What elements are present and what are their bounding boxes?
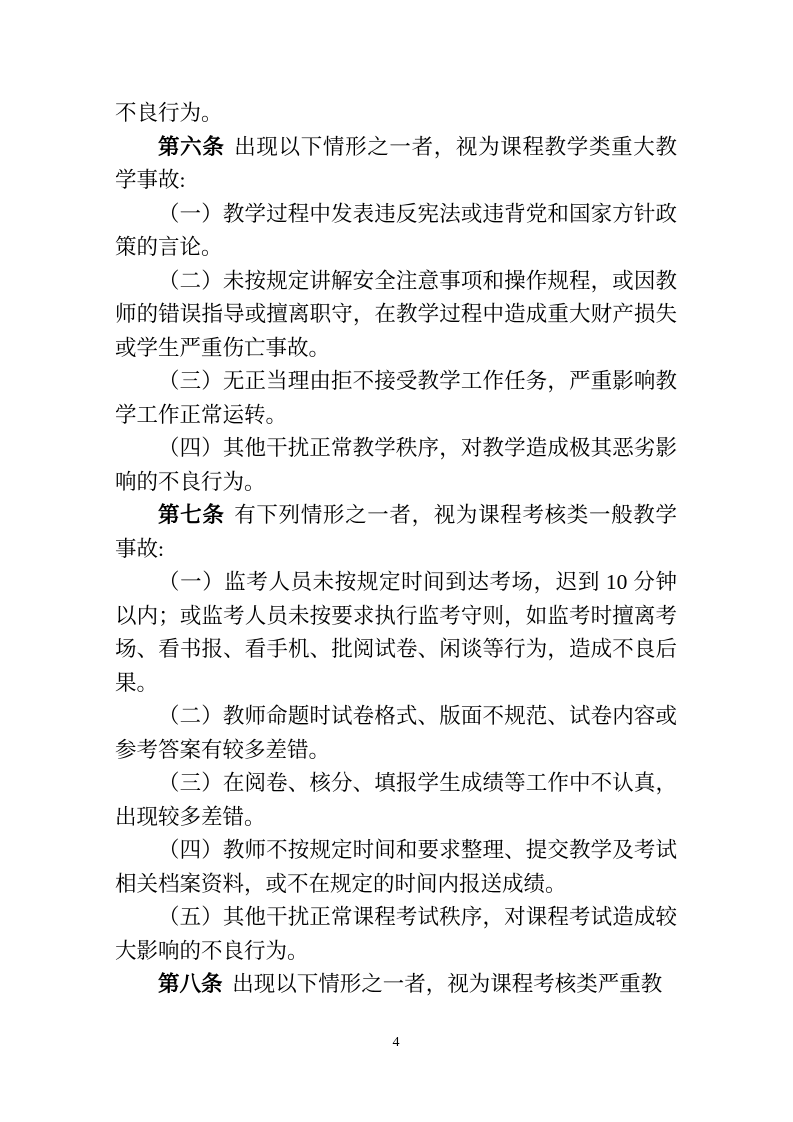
paragraph: （五）其他干扰正常课程考试秩序，对课程考试造成较大影响的不良行为。	[115, 901, 677, 968]
paragraph: （二）教师命题时试卷格式、版面不规范、试卷内容或参考答案有较多差错。	[115, 700, 677, 767]
article-number: 第七条	[158, 503, 225, 527]
paragraph: 第六条出现以下情形之一者，视为课程教学类重大教学事故:	[115, 131, 677, 198]
paragraph: （三）在阅卷、核分、填报学生成绩等工作中不认真，出现较多差错。	[115, 767, 677, 834]
paragraph: （三）无正当理由拒不接受教学工作任务，严重影响教学工作正常运转。	[115, 365, 677, 432]
paragraph: （二）未按规定讲解安全注意事项和操作规程，或因教师的错误指导或擅离职守，在教学过…	[115, 265, 677, 366]
article-number: 第六条	[158, 135, 225, 159]
paragraph: 不良行为。	[115, 97, 677, 131]
paragraph: 第七条有下列情形之一者，视为课程考核类一般教学事故:	[115, 499, 677, 566]
paragraph: （一）监考人员未按规定时间到达考场，迟到 10 分钟以内；或监考人员未按要求执行…	[115, 566, 677, 700]
paragraph: （四）教师不按规定时间和要求整理、提交教学及考试相关档案资料，或不在规定的时间内…	[115, 834, 677, 901]
paragraph: 第八条出现以下情形之一者，视为课程考核类严重教	[115, 968, 677, 1002]
document-body: 不良行为。第六条出现以下情形之一者，视为课程教学类重大教学事故:（一）教学过程中…	[115, 97, 677, 1002]
article-number: 第八条	[158, 972, 223, 996]
paragraph: （四）其他干扰正常教学秩序，对教学造成极其恶劣影响的不良行为。	[115, 432, 677, 499]
document-page: 不良行为。第六条出现以下情形之一者，视为课程教学类重大教学事故:（一）教学过程中…	[0, 0, 793, 1122]
page-number: 4	[393, 1035, 400, 1050]
page-footer: 4	[115, 1033, 677, 1053]
paragraph: （一）教学过程中发表违反宪法或违背党和国家方针政策的言论。	[115, 198, 677, 265]
